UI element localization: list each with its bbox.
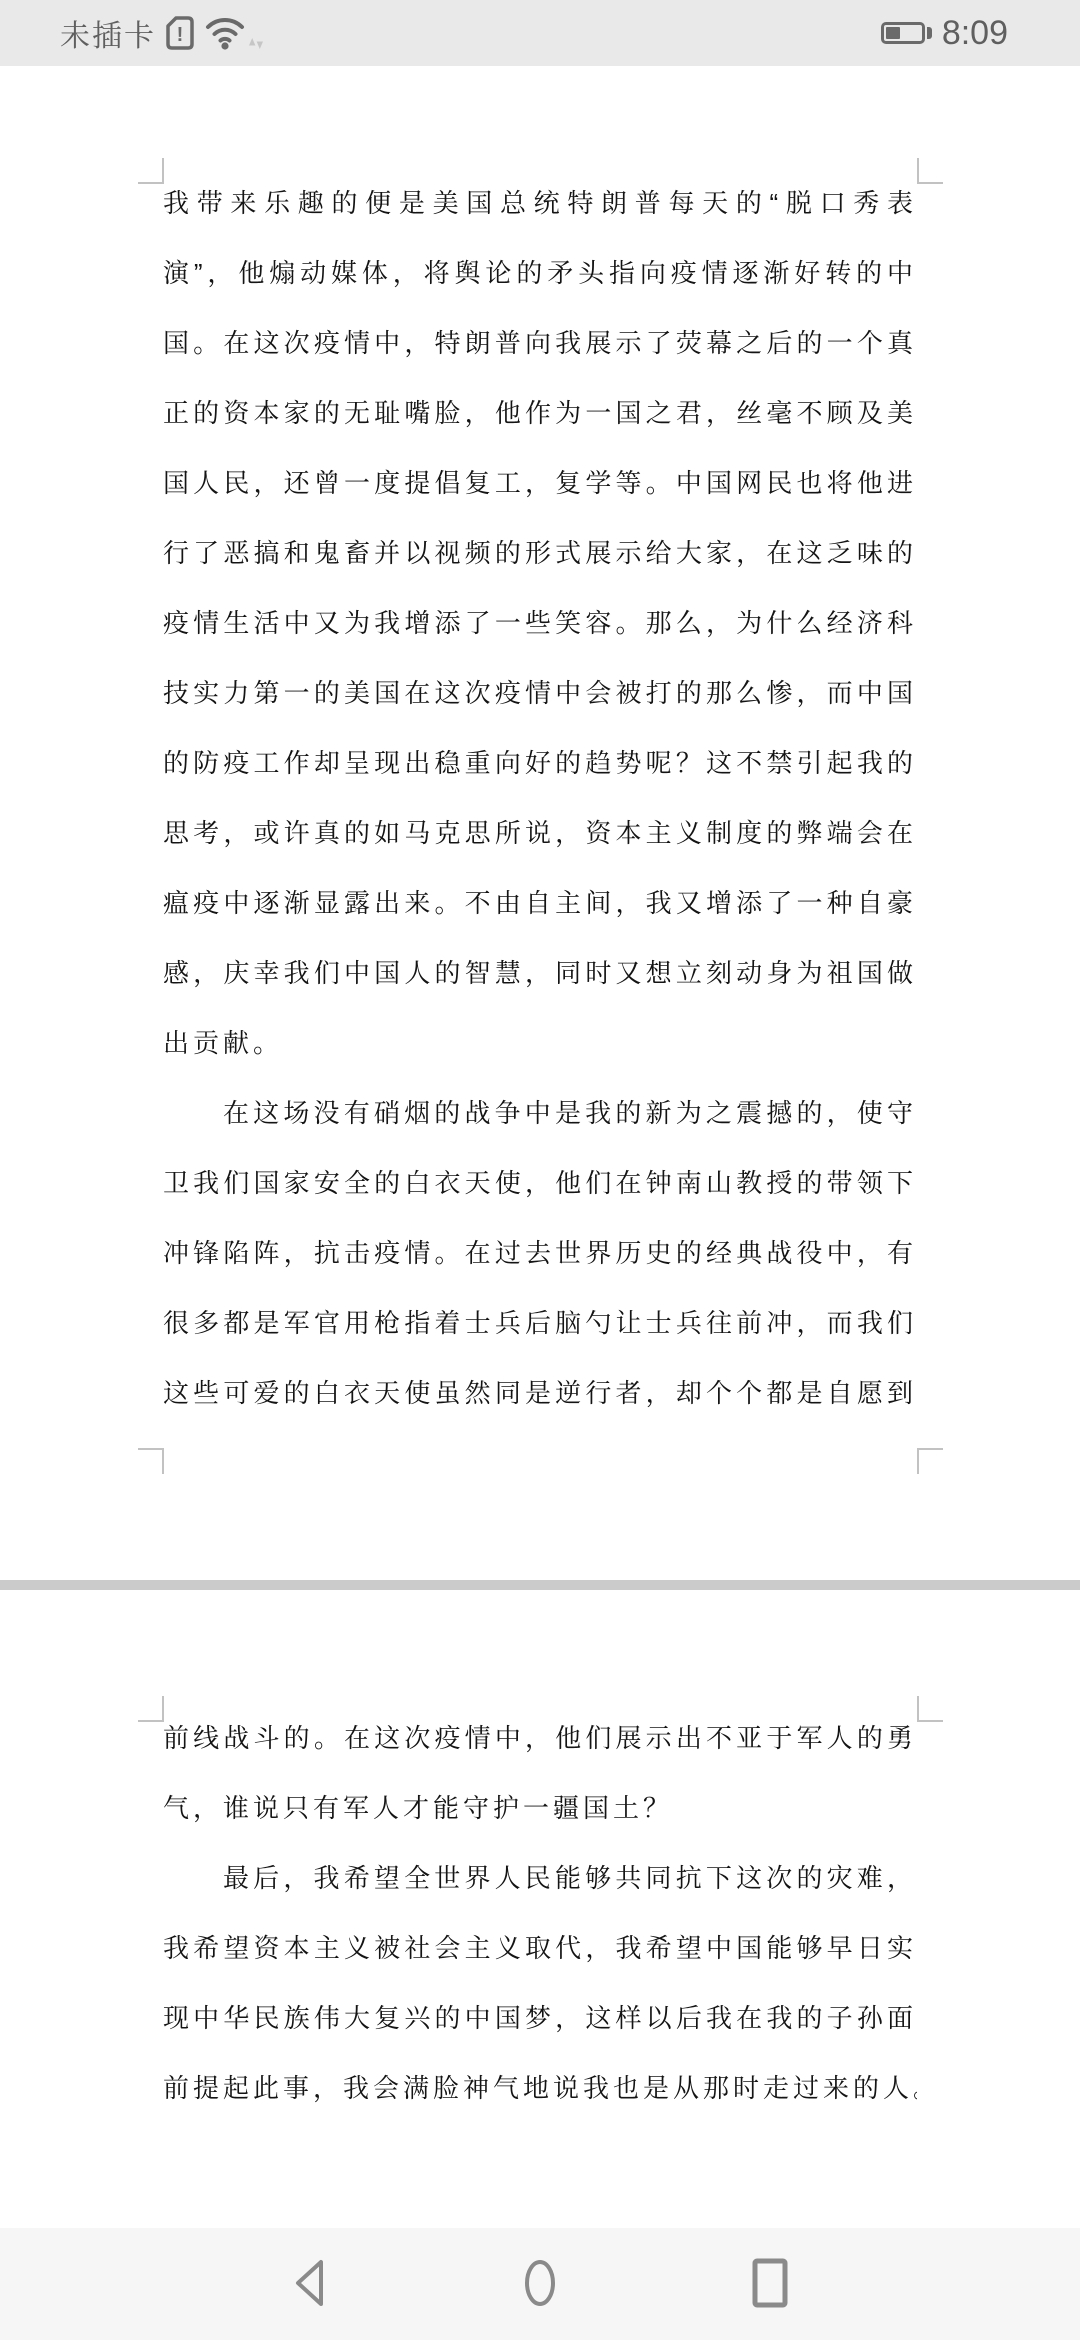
home-icon bbox=[520, 2257, 560, 2312]
doc-line: 前提起此事，我会满脸神气地说我也是从那时走过来的人。 bbox=[163, 2053, 917, 2123]
doc-line: 我带来乐趣的便是美国总统特朗普每天的“脱口秀表 bbox=[163, 168, 917, 238]
doc-line: 感，庆幸我们中国人的智慧，同时又想立刻动身为祖国做 bbox=[163, 938, 917, 1008]
phone-screen: 未插卡 ! bbox=[0, 0, 1080, 2340]
navigation-bar bbox=[0, 2228, 1080, 2340]
wifi-icon bbox=[204, 15, 246, 51]
recents-icon bbox=[750, 2257, 790, 2312]
battery-fill bbox=[886, 27, 900, 39]
status-bar-left: 未插卡 ! bbox=[60, 11, 264, 55]
doc-line: 国人民，还曾一度提倡复工，复学等。中国网民也将他进 bbox=[163, 448, 917, 518]
status-bar-right: 8:09 bbox=[881, 14, 1008, 53]
doc-line: 这些可爱的白衣天使虽然同是逆行者，却个个都是自愿到 bbox=[163, 1358, 917, 1428]
doc-line: 演”，他煽动媒体，将舆论的矛头指向疫情逐渐好转的中 bbox=[163, 238, 917, 308]
battery-body bbox=[881, 22, 925, 44]
battery-icon bbox=[881, 22, 932, 44]
back-button[interactable] bbox=[282, 2256, 338, 2312]
doc-line: 正的资本家的无耻嘴脸，他作为一国之君，丝毫不顾及美 bbox=[163, 378, 917, 448]
doc-line: 瘟疫中逐渐显露出来。不由自主间，我又增添了一种自豪 bbox=[163, 868, 917, 938]
doc-line: 行了恶搞和鬼畜并以视频的形式展示给大家，在这乏味的 bbox=[163, 518, 917, 588]
margin-corner-mark-bottom-left bbox=[138, 1448, 164, 1474]
svg-text:!: ! bbox=[177, 24, 184, 46]
doc-line: 前线战斗的。在这次疫情中，他们展示出不亚于军人的勇 bbox=[163, 1703, 917, 1773]
status-bar: 未插卡 ! bbox=[0, 0, 1080, 66]
page-separator bbox=[0, 1580, 1080, 1590]
back-icon bbox=[290, 2257, 330, 2312]
doc-line: 很多都是军官用枪指着士兵后脑勺让士兵往前冲，而我们 bbox=[163, 1288, 917, 1358]
doc-line: 技实力第一的美国在这次疫情中会被打的那么惨，而中国 bbox=[163, 658, 917, 728]
doc-line: 疫情生活中又为我增添了一些笑容。那么，为什么经济科 bbox=[163, 588, 917, 658]
doc-line: 思考，或许真的如马克思所说，资本主义制度的弊端会在 bbox=[163, 798, 917, 868]
doc-line: 在这场没有硝烟的战争中是我的新为之震撼的，使守 bbox=[163, 1078, 917, 1148]
margin-corner-mark-bottom-right bbox=[917, 1448, 943, 1474]
doc-line: 冲锋陷阵，抗击疫情。在过去世界历史的经典战役中，有 bbox=[163, 1218, 917, 1288]
page1-text-block: 我带来乐趣的便是美国总统特朗普每天的“脱口秀表 演”，他煽动媒体，将舆论的矛头指… bbox=[163, 168, 917, 1428]
no-sim-label: 未插卡 bbox=[60, 11, 156, 55]
doc-line: 国。在这次疫情中，特朗普向我展示了荧幕之后的一个真 bbox=[163, 308, 917, 378]
doc-line: 最后，我希望全世界人民能够共同抗下这次的灾难， bbox=[163, 1843, 917, 1913]
status-time: 8:09 bbox=[942, 14, 1008, 53]
doc-line: 出贡献。 bbox=[163, 1008, 917, 1078]
document-page-1[interactable]: 我带来乐趣的便是美国总统特朗普每天的“脱口秀表 演”，他煽动媒体，将舆论的矛头指… bbox=[0, 66, 1080, 1580]
margin-corner-mark-top-left bbox=[138, 1696, 164, 1722]
recents-button[interactable] bbox=[742, 2256, 798, 2312]
wifi-data-arrows-icon bbox=[248, 35, 264, 51]
doc-line: 我希望资本主义被社会主义取代，我希望中国能够早日实 bbox=[163, 1913, 917, 1983]
document-page-2[interactable]: 前线战斗的。在这次疫情中，他们展示出不亚于军人的勇 气，谁说只有军人才能守护一疆… bbox=[0, 1590, 1080, 2228]
margin-corner-mark-top-right bbox=[917, 158, 943, 184]
margin-corner-mark-top-left bbox=[138, 158, 164, 184]
doc-line: 现中华民族伟大复兴的中国梦，这样以后我在我的子孙面 bbox=[163, 1983, 917, 2053]
battery-nub bbox=[927, 27, 932, 39]
page2-text-block: 前线战斗的。在这次疫情中，他们展示出不亚于军人的勇 气，谁说只有军人才能守护一疆… bbox=[163, 1703, 917, 2123]
margin-corner-mark-top-right bbox=[917, 1696, 943, 1722]
doc-line: 气，谁说只有军人才能守护一疆国土？ bbox=[163, 1773, 917, 1843]
doc-line: 卫我们国家安全的白衣天使，他们在钟南山教授的带领下 bbox=[163, 1148, 917, 1218]
no-sim-icon: ! bbox=[166, 16, 194, 50]
doc-line: 的防疫工作却呈现出稳重向好的趋势呢？这不禁引起我的 bbox=[163, 728, 917, 798]
home-button[interactable] bbox=[512, 2256, 568, 2312]
